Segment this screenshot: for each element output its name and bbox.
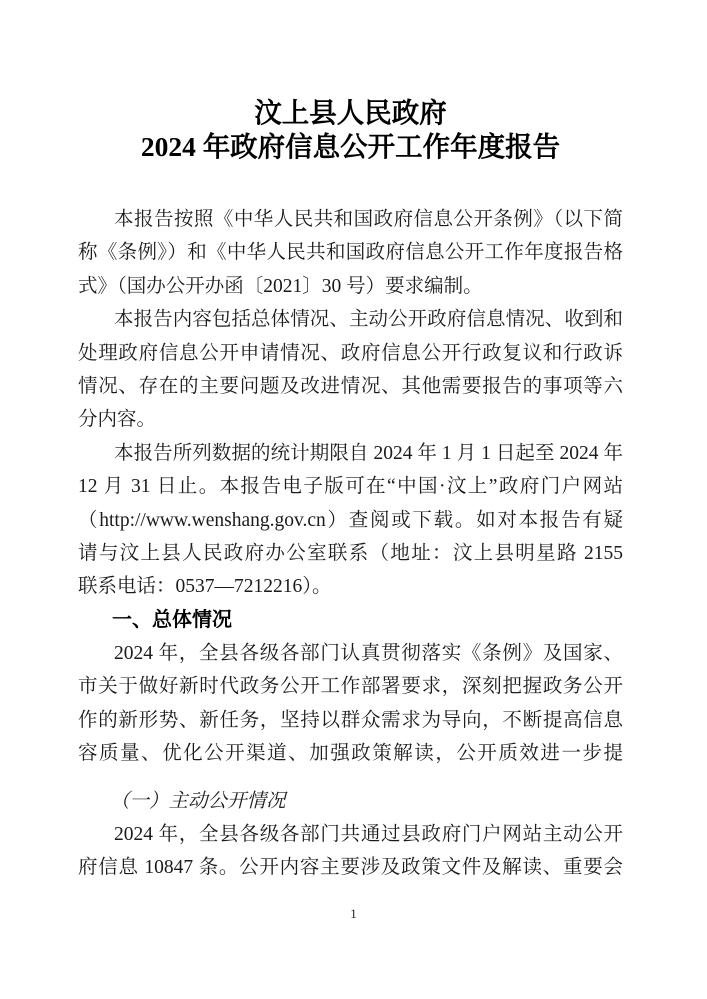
paragraph: 本报告所列数据的统计期限自 2024 年 1 月 1 日起至 2024 年12 … — [78, 437, 623, 604]
page-number: 1 — [0, 906, 707, 922]
paragraph: 2024 年，全县各级各部门认真贯彻落实《条例》及国家、省市关于做好新时代政务公… — [78, 637, 623, 771]
document-title: 汶上县人民政府 2024 年政府信息公开工作年度报告 — [78, 96, 623, 164]
paragraph-line: 本报告所列数据的统计期限自 2024 年 1 月 1 日起至 2024 年 — [78, 437, 623, 470]
subsection-heading: （一）主动公开情况 — [78, 785, 623, 818]
paragraph-line: 情况、存在的主要问题及改进情况、其他需要报告的事项等六部 — [78, 370, 623, 403]
document-page: 汶上县人民政府 2024 年政府信息公开工作年度报告 本报告按照《中华人民共和国… — [0, 0, 707, 999]
paragraph-line: 请与汶上县人民政府办公室联系（地址：汶上县明星路 2155 号， — [78, 537, 623, 570]
document-title-line-1: 汶上县人民政府 — [78, 96, 623, 130]
paragraph: 2024 年，全县各级各部门共通过县政府门户网站主动公开政府信息 10847 条… — [78, 818, 623, 885]
paragraph-line: 12 月 31 日止。本报告电子版可在“中国·汶上”政府门户网站 — [78, 470, 623, 503]
paragraph-line: 作的新形势、新任务，坚持以群众需求为导向，不断提高信息内 — [78, 704, 623, 737]
document-content: 汶上县人民政府 2024 年政府信息公开工作年度报告 本报告按照《中华人民共和国… — [78, 96, 623, 885]
paragraph-line: 处理政府信息公开申请情况、政府信息公开行政复议和行政诉讼 — [78, 337, 623, 370]
paragraph-line: 联系电话：0537—7212216）。 — [78, 570, 623, 603]
paragraph-line: 式》（国办公开办函〔2021〕30 号）要求编制。 — [78, 270, 623, 303]
paragraph-line: 分内容。 — [78, 403, 623, 436]
paragraph: 本报告按照《中华人民共和国政府信息公开条例》（以下简称《条例》）和《中华人民共和… — [78, 203, 623, 303]
paragraph-line: 市关于做好新时代政务公开工作部署要求，深刻把握政务公开工 — [78, 670, 623, 703]
document-title-line-2: 2024 年政府信息公开工作年度报告 — [78, 130, 623, 164]
paragraph-line: 2024 年，全县各级各部门共通过县政府门户网站主动公开政 — [78, 818, 623, 851]
paragraph-line: 本报告内容包括总体情况、主动公开政府信息情况、收到和 — [78, 303, 623, 336]
document-body: 本报告按照《中华人民共和国政府信息公开条例》（以下简称《条例》）和《中华人民共和… — [78, 203, 623, 885]
paragraph: 本报告内容包括总体情况、主动公开政府信息情况、收到和处理政府信息公开申请情况、政… — [78, 303, 623, 437]
paragraph-line: 本报告按照《中华人民共和国政府信息公开条例》（以下简 — [78, 203, 623, 236]
paragraph-line: 称《条例》）和《中华人民共和国政府信息公开工作年度报告格 — [78, 236, 623, 269]
paragraph-line: 容质量、优化公开渠道、加强政策解读，公开质效进一步提升。 — [78, 737, 623, 770]
paragraph-line: 府信息 10847 条。公开内容主要涉及政策文件及解读、重要会议 — [78, 851, 623, 884]
paragraph-line: （http://www.wenshang.gov.cn）查阅或下载。如对本报告有… — [78, 504, 623, 537]
section-heading: 一、总体情况 — [78, 604, 623, 637]
paragraph-line: 2024 年，全县各级各部门认真贯彻落实《条例》及国家、省 — [78, 637, 623, 670]
